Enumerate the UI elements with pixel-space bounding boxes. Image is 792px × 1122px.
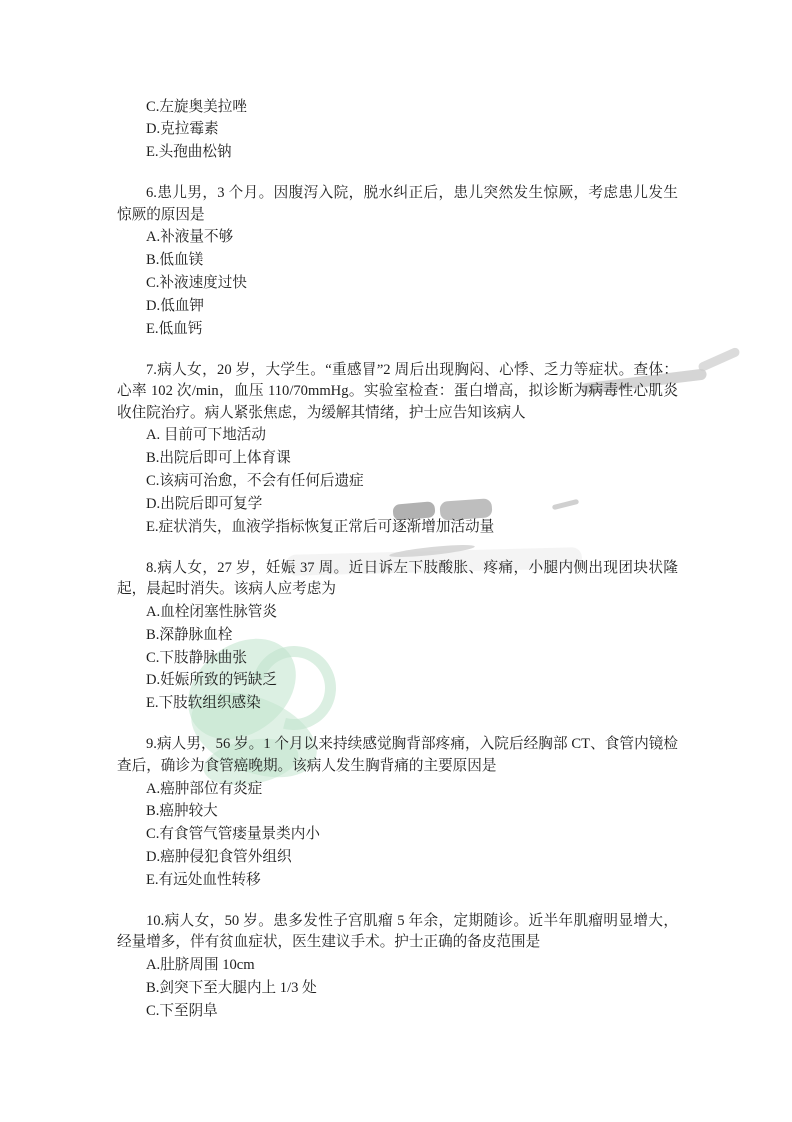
- question-block: 8.病人女，27 岁，妊娠 37 周。近日诉左下肢酸胀、疼痛，小腿内侧出现团块状…: [117, 558, 678, 715]
- answer-option: E.低血钙: [117, 319, 678, 340]
- question-block: 6.患儿男，3 个月。因腹泻入院，脱水纠正后，患儿突然发生惊厥，考虑患儿发生惊厥…: [117, 183, 678, 340]
- question-stem: 7.病人女，20 岁，大学生。“重感冒”2 周后出现胸闷、心悸、乏力等症状。查体…: [117, 360, 678, 424]
- answer-option: D.克拉霉素: [117, 119, 678, 140]
- question-stem: 6.患儿男，3 个月。因腹泻入院，脱水纠正后，患儿突然发生惊厥，考虑患儿发生惊厥…: [117, 183, 678, 226]
- answer-option: B.癌肿较大: [117, 801, 678, 822]
- answer-option: E.症状消失，血液学指标恢复正常后可逐渐增加活动量: [117, 517, 678, 538]
- answer-option: C.补液速度过快: [117, 273, 678, 294]
- options-continuation-block: C.左旋奥美拉唑D.克拉霉素E.头孢曲松钠: [117, 97, 678, 164]
- question-stem: 10.病人女，50 岁。患多发性子宫肌瘤 5 年余，定期随诊。近半年肌瘤明显增大…: [117, 911, 678, 954]
- answer-option: A.补液量不够: [117, 227, 678, 248]
- question-stem: 8.病人女，27 岁，妊娠 37 周。近日诉左下肢酸胀、疼痛，小腿内侧出现团块状…: [117, 558, 678, 601]
- question-block: 9.病人男，56 岁。1 个月以来持续感觉胸背部疼痛，入院后经胸部 CT、食管内…: [117, 734, 678, 891]
- answer-option: B.低血镁: [117, 250, 678, 271]
- answer-option: E.下肢软组织感染: [117, 693, 678, 714]
- answer-option: A.肚脐周围 10cm: [117, 955, 678, 976]
- question-stem: 9.病人男，56 岁。1 个月以来持续感觉胸背部疼痛，入院后经胸部 CT、食管内…: [117, 734, 678, 777]
- answer-option: C.该病可治愈，不会有任何后遗症: [117, 471, 678, 492]
- question-block: 7.病人女，20 岁，大学生。“重感冒”2 周后出现胸闷、心悸、乏力等症状。查体…: [117, 360, 678, 538]
- answer-option: B.剑突下至大腿内上 1/3 处: [117, 978, 678, 999]
- answer-option: C.有食管气管瘘量景类内小: [117, 824, 678, 845]
- answer-option: D.出院后即可复学: [117, 494, 678, 515]
- answer-option: D.低血钾: [117, 296, 678, 317]
- watermark-gray-swoosh: [697, 346, 741, 372]
- answer-option: B.深静脉血栓: [117, 625, 678, 646]
- answer-option: D.妊娠所致的钙缺乏: [117, 670, 678, 691]
- answer-option: D.癌肿侵犯食管外组织: [117, 847, 678, 868]
- question-list: C.左旋奥美拉唑D.克拉霉素E.头孢曲松钠6.患儿男，3 个月。因腹泻入院，脱水…: [117, 95, 678, 1022]
- exam-document-page: C.左旋奥美拉唑D.克拉霉素E.头孢曲松钠6.患儿男，3 个月。因腹泻入院，脱水…: [0, 0, 792, 1122]
- answer-option: A. 目前可下地活动: [117, 425, 678, 446]
- answer-option: A.血栓闭塞性脉管炎: [117, 602, 678, 623]
- answer-option: B.出院后即可上体育课: [117, 448, 678, 469]
- answer-option: C.下肢静脉曲张: [117, 648, 678, 669]
- answer-option: C.左旋奥美拉唑: [117, 97, 678, 118]
- question-block: 10.病人女，50 岁。患多发性子宫肌瘤 5 年余，定期随诊。近半年肌瘤明显增大…: [117, 911, 678, 1022]
- answer-option: E.头孢曲松钠: [117, 142, 678, 163]
- answer-option: E.有远处血性转移: [117, 870, 678, 891]
- answer-option: A.癌肿部位有炎症: [117, 779, 678, 800]
- answer-option: C.下至阴阜: [117, 1001, 678, 1022]
